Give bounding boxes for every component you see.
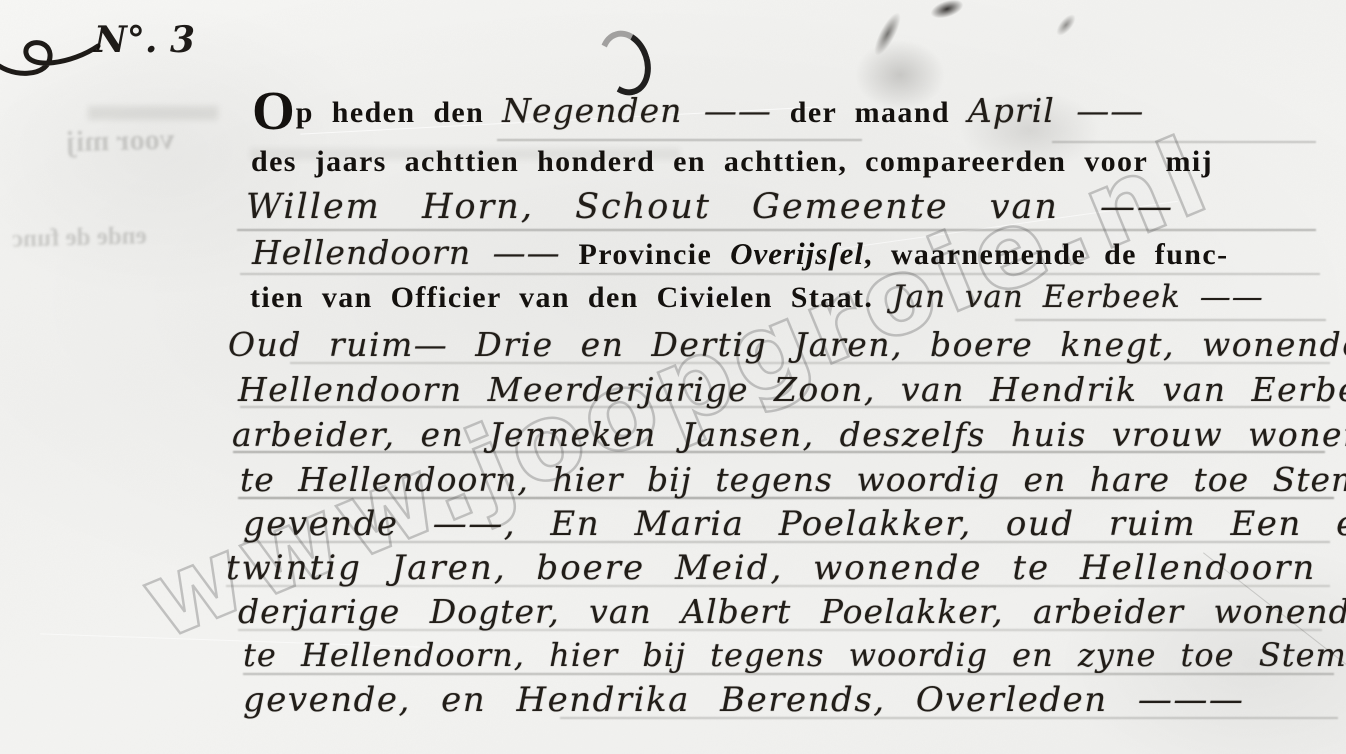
handwritten-text: Hellendoorn —— (252, 233, 561, 272)
document-line: gevende, en Hendrika Berends, Overleden … (243, 683, 1244, 717)
printed-form-text: des jaars achttien honderd en achttien, … (251, 145, 1213, 178)
scanned-civil-record-page: voor mij ende de func www.joopgroie.nl N… (0, 0, 1346, 754)
handwritten-text: arbeider, en Jenneken Jansen, deszelfs h… (232, 415, 1346, 454)
document-line: arbeider, en Jenneken Jansen, deszelfs h… (232, 418, 1346, 451)
ink-smudge (1053, 11, 1079, 39)
document-line: te Hellendoorn, hier bij tegens woordig … (243, 639, 1346, 671)
handwritten-text: Negenden —— (502, 91, 772, 130)
ruled-baseline (240, 273, 1320, 275)
handwritten-text: Hellendoorn Meerderjarige Zoon, van Hend… (238, 370, 1346, 409)
handwritten-text: derjarige Dogter, van Albert Poelakker, … (238, 592, 1346, 631)
handwritten-text: te Hellendoorn, hier bij tegens woordig … (243, 636, 1346, 674)
handwritten-text: Willem Horn, Schout Gemeente van —— (246, 187, 1174, 227)
document-line: derjarige Dogter, van Albert Poelakker, … (238, 595, 1346, 628)
handwritten-text: Jan van Eerbeek —— (873, 279, 1263, 315)
ruled-baseline (497, 139, 862, 141)
ruled-baseline (237, 229, 1316, 231)
handwritten-text: April —— (968, 91, 1144, 130)
document-line: Op heden den Negenden —— der maand April… (252, 94, 1144, 128)
handwritten-text: te Hellendoorn, hier bij tegens woordig … (240, 460, 1346, 499)
document-line: des jaars achttien honderd en achttien, … (251, 147, 1213, 177)
act-number: N°. 3 (93, 19, 195, 61)
printed-form-text: tien van Officier van den Civielen Staat… (250, 281, 873, 314)
bleedthrough-text-top: voor mij (66, 123, 175, 160)
ink-smudge (928, 0, 965, 22)
document-line: tien van Officier van den Civielen Staat… (250, 282, 1264, 313)
printed-form-text: Overijsſel (730, 236, 864, 271)
ruled-baseline (1015, 319, 1326, 321)
ink-smudge (870, 9, 906, 58)
printed-form-text: O (252, 80, 296, 141)
document-line: gevende ——, En Maria Poelakker, oud ruim… (243, 507, 1346, 541)
document-line: Willem Horn, Schout Gemeente van —— (246, 190, 1174, 225)
printed-form-text: , waarnemende de func- (864, 238, 1228, 271)
document-line: Oud ruim— Drie en Dertig Jaren, boere kn… (228, 328, 1346, 361)
ruled-baseline (1052, 141, 1316, 143)
printed-form-text: p heden den (296, 96, 502, 129)
document-line: Hellendoorn —— Provincie Overijsſel, waa… (252, 236, 1228, 270)
printed-form-text: Provincie (561, 238, 730, 271)
handwritten-text: twintig Jaren, boere Meid, wonende te He… (226, 548, 1346, 588)
handwritten-text: Oud ruim— Drie en Dertig Jaren, boere kn… (228, 325, 1346, 364)
act-number-flourish: N°. 3 (0, 0, 254, 110)
document-line: te Hellendoorn, hier bij tegens woordig … (240, 463, 1346, 496)
printed-form-text: der maand (772, 96, 968, 129)
bleedthrough-text-left: ende de func (12, 222, 147, 254)
document-line: twintig Jaren, boere Meid, wonende te He… (226, 551, 1346, 585)
handwritten-text: gevende ——, En Maria Poelakker, oud ruim… (243, 504, 1346, 544)
document-line: Hellendoorn Meerderjarige Zoon, van Hend… (238, 373, 1346, 406)
handwritten-text: gevende, en Hendrika Berends, Overleden … (243, 680, 1244, 720)
